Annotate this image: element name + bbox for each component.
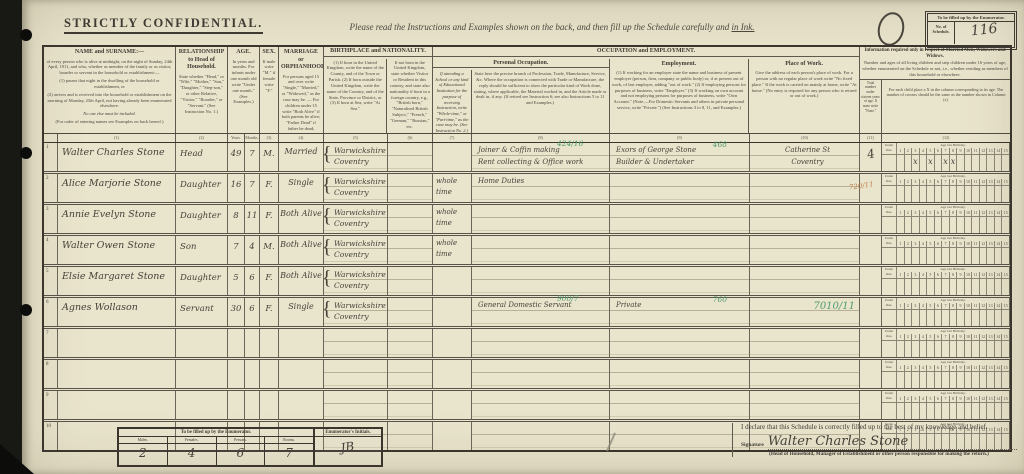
employer-code-annotation: 468	[713, 140, 727, 149]
cell-occupation	[472, 205, 610, 233]
cell-row-number: 2	[44, 174, 58, 202]
cell-row-number: 4	[44, 236, 58, 264]
cell-birthplace: { Warwickshire Coventry	[324, 298, 388, 326]
cell-place-of-work	[750, 329, 860, 357]
grid-mark-cells	[897, 216, 1009, 233]
grid-under-one-column: UnderOne.	[882, 329, 897, 357]
cell-marriage: Both Alive	[279, 236, 324, 264]
column-header-employment: Employment. (1) If working for an employ…	[610, 59, 750, 134]
cell-children-age-grid: UnderOne. Age last Birthday. 12345678910…	[882, 174, 1010, 202]
grid-under-one-column: UnderOne.	[882, 205, 897, 233]
cell-children-total	[860, 391, 882, 419]
cell-age-years: 16	[228, 174, 245, 202]
brace-mark: {	[322, 174, 332, 197]
cell-relationship	[176, 360, 228, 388]
column-header-place-of-work: Place of Work. Give the address of each …	[749, 59, 859, 134]
top-bar: STRICTLY CONFIDENTIAL. Please read the I…	[22, 6, 1024, 46]
enumerator-box-title: To be filled up by the Enumerator.	[119, 429, 313, 437]
cell-marriage: Both Alive	[279, 267, 324, 295]
cell-nationality	[388, 205, 433, 233]
cell-school-attendance	[433, 360, 472, 388]
brace-mark: {	[322, 298, 332, 321]
brace-mark: {	[322, 143, 332, 166]
column-code-row: (1) (2) Years. Months. (3) (4) (5) (6) (…	[44, 134, 1010, 143]
cell-age-years	[228, 360, 245, 388]
cell-age-years: 8	[228, 205, 245, 233]
cell-name: Agnes Wollason	[58, 298, 176, 326]
cell-children-total: 4	[860, 143, 882, 171]
cell-employer	[610, 391, 750, 419]
cell-birthplace: {	[324, 391, 388, 419]
grid-under-one-column: UnderOne.	[882, 360, 897, 388]
cell-age-years: 7	[228, 236, 245, 264]
cell-children-total	[860, 267, 882, 295]
column-header-children-grid: For each child place a X in the column c…	[882, 80, 1010, 134]
cell-age-years	[228, 391, 245, 419]
cell-place-of-work	[750, 236, 860, 264]
cell-row-number: 5	[44, 267, 58, 295]
cell-school-attendance	[433, 267, 472, 295]
cell-occupation	[472, 329, 610, 357]
occupation-code-annotation: 424/16	[557, 139, 583, 148]
cell-children-total	[860, 360, 882, 388]
cell-children-age-grid: UnderOne. Age last Birthday. 12345678910…	[882, 360, 1010, 388]
cell-children-total	[860, 236, 882, 264]
census-scan: STRICTLY CONFIDENTIAL. Please read the I…	[0, 0, 1024, 474]
cell-birthplace: { Warwickshire Coventry	[324, 267, 388, 295]
cell-school-attendance: whole time	[433, 236, 472, 264]
cell-relationship	[176, 329, 228, 357]
grid-mark-cells	[897, 309, 1009, 326]
cell-occupation: Home Duties	[472, 174, 610, 202]
cell-relationship: Daughter	[176, 174, 228, 202]
grid-mark-cells	[897, 247, 1009, 264]
cell-row-number: 7	[44, 329, 58, 357]
cell-name: Walter Owen Stone	[58, 236, 176, 264]
cell-school-attendance	[433, 391, 472, 419]
cell-age-months	[245, 329, 260, 357]
cell-nationality	[388, 329, 433, 357]
cell-sex: F.	[260, 298, 279, 326]
grid-mark-cells	[897, 402, 1009, 419]
cell-employer	[610, 174, 750, 202]
cell-nationality	[388, 236, 433, 264]
persons-count: 6	[217, 444, 266, 465]
cell-children-age-grid: UnderOne. Age last Birthday. 12345678910…	[882, 267, 1010, 295]
cell-place-of-work: 7010/11	[750, 298, 860, 326]
cell-place-of-work	[750, 174, 860, 202]
grid-under-one-column: UnderOne.	[882, 236, 897, 264]
cell-name	[58, 329, 176, 357]
table-body: 1 Walter Charles Stone Head 49 7 M. Marr…	[44, 143, 1010, 450]
cell-birthplace: { Warwickshire Coventry	[324, 174, 388, 202]
grid-under-one-column: UnderOne.	[882, 267, 897, 295]
punch-hole	[20, 147, 32, 159]
cell-place-of-work	[750, 360, 860, 388]
cell-children-age-grid: UnderOne. Age last Birthday. 12345678910…	[882, 236, 1010, 264]
cell-birthplace: { Warwickshire Coventry	[324, 205, 388, 233]
brace-mark: {	[322, 267, 332, 290]
signature-note: (Head of Household, Manager of Establish…	[741, 451, 1017, 457]
cell-occupation: 900/7 General Domestic Servant	[472, 298, 610, 326]
occupation-code-annotation: 900/7	[557, 294, 579, 303]
column-header-birthplace: BIRTHPLACE and NATIONALITY. (1) If born …	[324, 47, 433, 133]
paper-sheet: STRICTLY CONFIDENTIAL. Please read the I…	[22, 0, 1024, 474]
cell-name	[58, 391, 176, 419]
cell-occupation: 424/16 Joiner & Coffin making Rent colle…	[472, 143, 610, 171]
cell-school-attendance	[433, 143, 472, 171]
cell-nationality	[388, 298, 433, 326]
cell-employer	[610, 236, 750, 264]
cell-children-total	[860, 298, 882, 326]
cell-occupation	[472, 391, 610, 419]
cell-name: Walter Charles Stone	[58, 143, 176, 171]
instruction-underlined: in Ink.	[732, 22, 755, 32]
cell-school-attendance: whole time	[433, 205, 472, 233]
cell-school-attendance	[433, 329, 472, 357]
cell-age-months: 6	[245, 267, 260, 295]
brace-mark: {	[322, 236, 332, 259]
cell-sex: M.	[260, 143, 279, 171]
cell-marriage: Married	[279, 143, 324, 171]
cell-sex: F.	[260, 174, 279, 202]
cell-sex: F.	[260, 267, 279, 295]
cell-row-number: 6	[44, 298, 58, 326]
column-header-children: Information required only in respect of …	[860, 47, 1010, 133]
cell-occupation	[472, 267, 610, 295]
rooms-count: 7	[265, 444, 313, 465]
cell-nationality	[388, 360, 433, 388]
cell-nationality	[388, 267, 433, 295]
cell-age-months: 6	[245, 298, 260, 326]
cell-age-years: 49	[228, 143, 245, 171]
cell-row-number: 3	[44, 205, 58, 233]
footer-band: To be filled up by the Enumerator. Males…	[42, 419, 1008, 471]
cell-name: Elsie Margaret Stone	[58, 267, 176, 295]
cell-age-months: 7	[245, 174, 260, 202]
cell-employer: 760 Private	[610, 298, 750, 326]
cell-row-number: 1	[44, 143, 58, 171]
grid-mark-cells: xxxx	[897, 154, 1009, 171]
enumerator-counts: 2 4 6 7	[119, 444, 313, 465]
enumerator-column-labels: Males. Females. Persons. Rooms.	[119, 437, 313, 444]
table-row: 7 {	[44, 329, 1010, 360]
table-row: 6 Agnes Wollason Servant 30 6 F. Single …	[44, 298, 1010, 329]
cell-relationship	[176, 391, 228, 419]
grid-under-one-column: UnderOne.	[882, 298, 897, 326]
cell-marriage: Single	[279, 298, 324, 326]
males-count: 2	[119, 444, 168, 465]
signature-label: Signature	[741, 442, 764, 450]
cell-age-months	[245, 360, 260, 388]
cell-nationality	[388, 174, 433, 202]
cell-marriage: Single	[279, 174, 324, 202]
cell-employer	[610, 360, 750, 388]
enumerator-initials-value: JB	[313, 433, 382, 470]
cell-employer: 468 Exors of George Stone Builder & Unde…	[610, 143, 750, 171]
grid-under-one-column: UnderOne.	[882, 174, 897, 202]
punch-hole	[20, 29, 32, 41]
cell-place-of-work	[750, 205, 860, 233]
table-row: 9 {	[44, 391, 1010, 422]
cell-row-number: 9	[44, 391, 58, 419]
signature-value: Walter Charles Stone	[768, 434, 1017, 450]
cell-occupation	[472, 360, 610, 388]
grid-mark-cells	[897, 340, 1009, 357]
grid-under-one-column: UnderOne.	[882, 143, 897, 171]
place-code-annotation: 7010/11	[813, 301, 855, 312]
cell-sex: F.	[260, 205, 279, 233]
cell-children-age-grid: UnderOne. Age last Birthday. 12345678910…	[882, 391, 1010, 419]
cell-age-years: 5	[228, 267, 245, 295]
grid-mark-cells	[897, 185, 1009, 202]
cell-birthplace: { Warwickshire Coventry	[324, 236, 388, 264]
cell-children-age-grid: UnderOne. Age last Birthday. 12345678910…	[882, 143, 1010, 171]
cell-birthplace: { Warwickshire Coventry	[324, 143, 388, 171]
enumerator-summary-box: To be filled up by the Enumerator. Males…	[117, 427, 383, 467]
punch-hole	[20, 304, 32, 316]
instruction-banner: Please read the Instructions and Example…	[332, 22, 772, 32]
cell-relationship: Daughter	[176, 205, 228, 233]
table-row: 3 Annie Evelyn Stone Daughter 8 11 F. Bo…	[44, 205, 1010, 236]
cell-children-age-grid: UnderOne. Age last Birthday. 12345678910…	[882, 329, 1010, 357]
schedule-number-value: 116	[954, 19, 1015, 47]
declaration-text: I declare that this Schedule is correctl…	[741, 423, 1017, 432]
cell-name	[58, 360, 176, 388]
cell-children-total	[860, 205, 882, 233]
column-header-birthplace-uk: (1) If born in the United Kingdom, write…	[324, 59, 387, 134]
cell-children-age-grid: UnderOne. Age last Birthday. 12345678910…	[882, 298, 1010, 326]
table-row: 1 Walter Charles Stone Head 49 7 M. Marr…	[44, 143, 1010, 174]
cell-employer	[610, 205, 750, 233]
table-header: NAME and SURNAME:— of every person who i…	[44, 47, 1010, 134]
column-header-relationship: RELATIONSHIP to Head of Household. State…	[176, 47, 228, 133]
column-header-personal-occupation: Personal Occupation. If attending a Scho…	[433, 59, 610, 134]
cell-sex	[260, 391, 279, 419]
grid-mark-cells	[897, 278, 1009, 295]
cell-age-years	[228, 329, 245, 357]
table-row: 8 {	[44, 360, 1010, 391]
column-header-occupation-detail: State here the precise branch of Profess…	[472, 70, 609, 133]
cell-age-months	[245, 391, 260, 419]
cell-school-attendance: whole time	[433, 174, 472, 202]
cell-birthplace: {	[324, 329, 388, 357]
employer-code-annotation: 760	[713, 295, 727, 304]
grid-mark-cells	[897, 371, 1009, 388]
column-header-school: If attending a School or any kind of Edu…	[433, 70, 472, 133]
cell-place-of-work	[750, 391, 860, 419]
column-header-children-total: Total number under sixteen years of age.…	[860, 80, 882, 134]
cell-marriage: Both Alive	[279, 205, 324, 233]
table-row: 4 Walter Owen Stone Son 7 4 M. Both Aliv…	[44, 236, 1010, 267]
table-row: 5 Elsie Margaret Stone Daughter 5 6 F. B…	[44, 267, 1010, 298]
cell-birthplace: {	[324, 360, 388, 388]
cell-name: Annie Evelyn Stone	[58, 205, 176, 233]
cell-place-of-work	[750, 267, 860, 295]
cell-age-months: 11	[245, 205, 260, 233]
grid-under-one-column: UnderOne.	[882, 391, 897, 419]
column-header-marriage: MARRIAGE or ORPHANHOOD. For persons aged…	[279, 47, 324, 133]
cell-name: Alice Marjorie Stone	[58, 174, 176, 202]
cell-children-total	[860, 329, 882, 357]
cell-place-of-work: Catherine St Coventry	[750, 143, 860, 171]
cell-relationship: Head	[176, 143, 228, 171]
column-header-nationality: If not born in the United Kingdom, state…	[387, 59, 432, 134]
cell-marriage	[279, 391, 324, 419]
column-header-occupation: OCCUPATION and EMPLOYMENT. Personal Occu…	[433, 47, 860, 133]
cell-marriage	[279, 329, 324, 357]
cell-employer	[610, 329, 750, 357]
cell-age-months: 4	[245, 236, 260, 264]
cell-sex: M.	[260, 236, 279, 264]
brace-mark: {	[322, 205, 332, 228]
cell-children-age-grid: UnderOne. Age last Birthday. 12345678910…	[882, 205, 1010, 233]
cell-employer	[610, 267, 750, 295]
cell-sex	[260, 329, 279, 357]
cell-age-years: 30	[228, 298, 245, 326]
cell-relationship: Son	[176, 236, 228, 264]
table-row: 2 Alice Marjorie Stone Daughter 16 7 F. …	[44, 174, 1010, 205]
handwritten-oval-mark	[874, 9, 907, 48]
females-count: 4	[168, 444, 217, 465]
cell-marriage	[279, 360, 324, 388]
cell-school-attendance	[433, 298, 472, 326]
column-header-age: AGE. In years and months. For infants un…	[228, 47, 260, 133]
cell-age-months: 7	[245, 143, 260, 171]
cell-nationality	[388, 391, 433, 419]
cell-occupation	[472, 236, 610, 264]
instruction-text: Please read the Instructions and Example…	[349, 22, 731, 32]
cell-nationality	[388, 143, 433, 171]
schedule-number-label: No. of Schedule.	[928, 22, 955, 44]
cell-sex	[260, 360, 279, 388]
cell-relationship: Daughter	[176, 267, 228, 295]
declaration-block: I declare that this Schedule is correctl…	[732, 423, 1017, 457]
cell-relationship: Servant	[176, 298, 228, 326]
column-header-sex: SEX. If male write "M." if female write …	[260, 47, 279, 133]
cell-row-number: 8	[44, 360, 58, 388]
census-table: NAME and SURNAME:— of every person who i…	[42, 45, 1012, 452]
column-header-name: NAME and SURNAME:— of every person who i…	[44, 47, 176, 133]
confidential-heading: STRICTLY CONFIDENTIAL.	[64, 16, 263, 34]
